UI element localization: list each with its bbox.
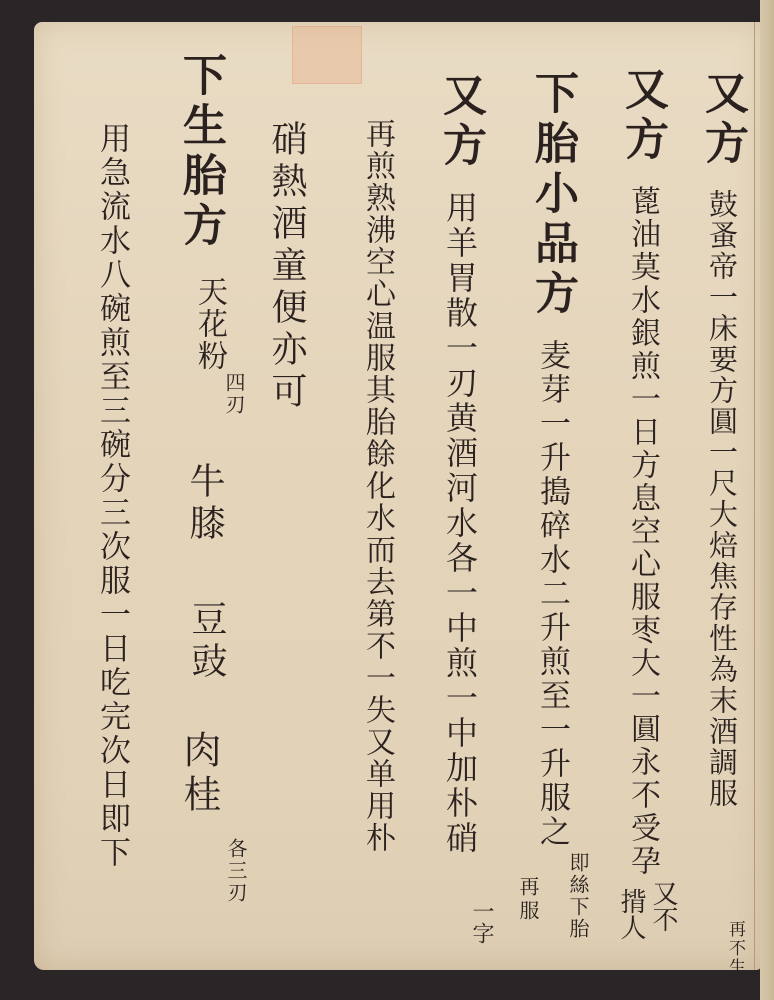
column-7-item-3: 豆豉 xyxy=(188,600,224,684)
column-2-note-a: 又不 xyxy=(650,880,676,932)
column-7-item-1: 天花粉 xyxy=(194,276,224,372)
column-3-title: 下胎小品方 xyxy=(527,70,578,320)
column-8: 用急流水八碗煎至三碗分三次服一日吃完次日即下 xyxy=(96,122,127,870)
column-7: 下生胎方 xyxy=(178,52,222,252)
column-7-title: 下生胎方 xyxy=(175,52,226,252)
column-5: 再煎熟沸空心温服其胎餘化水而去第不一失又单用朴 xyxy=(362,118,392,854)
column-2-note-b: 揹人 xyxy=(618,888,644,940)
column-1-text: 鼓蚤帝一床要方圓一尺大焙焦存性為末酒調服 xyxy=(705,189,739,809)
column-4-text: 用羊胃散一刃黄酒河水各一中煎一中加朴硝 xyxy=(441,191,479,856)
column-7-item-4: 肉桂 xyxy=(180,730,218,818)
column-7-note-a: 四刃 xyxy=(224,372,244,416)
column-1-title: 又方 xyxy=(697,70,748,170)
column-4: 又方 用羊胃散一刃黄酒河水各一中煎一中加朴硝 xyxy=(438,72,482,856)
column-3-note-a: 即絲下胎 xyxy=(568,852,588,940)
column-2: 又方 蓖油莫水銀煎一日方息空心服枣大一圓永不受孕 xyxy=(620,66,664,878)
seal-stamp xyxy=(292,26,362,84)
next-page-edge xyxy=(760,0,774,1000)
column-4-note: 一字 xyxy=(470,900,492,944)
column-4-title: 又方 xyxy=(435,72,486,172)
column-6: 硝熱酒童便亦可 xyxy=(268,120,304,414)
column-3-text: 麦芽一升搗碎水二升煎至一升服之 xyxy=(534,339,570,849)
column-1-note: 再不生 xyxy=(726,920,743,977)
column-2-text: 蓖油莫水銀煎一日方息空心服枣大一圓永不受孕 xyxy=(625,185,660,878)
column-7-item-2: 牛膝 xyxy=(186,462,222,546)
page-fold-line xyxy=(754,22,755,970)
column-3-note-b: 再服 xyxy=(518,876,538,924)
column-1: 又方 鼓蚤帝一床要方圓一尺大焙焦存性為末酒調服 xyxy=(700,70,744,809)
column-3: 下胎小品方 麦芽一升搗碎水二升煎至一升服之 xyxy=(530,70,574,849)
column-2-title: 又方 xyxy=(617,66,668,166)
column-7-note-b: 各三刃 xyxy=(226,838,246,904)
